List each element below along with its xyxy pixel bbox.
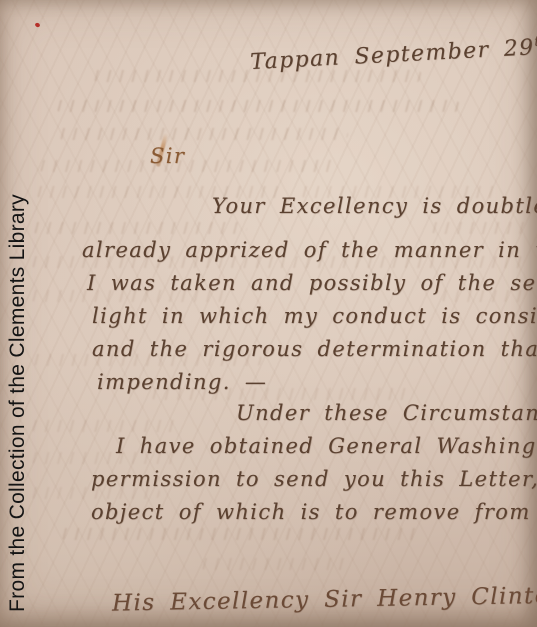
manuscript-photo: Tappan September 29th 1780 — Sir Your Ex…	[0, 0, 537, 627]
bleedthrough-line	[200, 558, 350, 570]
body-line: already apprized of the manner in which	[82, 240, 537, 261]
bleedthrough-line	[60, 528, 420, 540]
bleedthrough-line	[55, 100, 460, 112]
bleedthrough-line	[58, 128, 348, 140]
body-line: Your Excellency is doubtless	[212, 196, 537, 217]
body-line: I have obtained General Washingtons	[116, 436, 537, 457]
bleedthrough-line	[430, 222, 530, 234]
body-line: I was taken and possibly of the serious	[87, 273, 537, 294]
bleedthrough-line	[32, 222, 247, 234]
body-line: impending. —	[97, 372, 267, 393]
body-line: and the rigorous determination that is	[92, 339, 537, 360]
collection-credit: From the Collection of the Clements Libr…	[5, 180, 31, 626]
body-line: object of which is to remove from your	[91, 502, 537, 523]
body-line: Under these Circumstances	[236, 403, 537, 424]
body-line: light in which my conduct is considered	[92, 306, 537, 327]
body-line: permission to send you this Letter, the	[91, 469, 537, 490]
salutation: Sir	[150, 146, 185, 167]
bleedthrough-line	[30, 420, 180, 432]
bleedthrough-line	[38, 160, 338, 172]
